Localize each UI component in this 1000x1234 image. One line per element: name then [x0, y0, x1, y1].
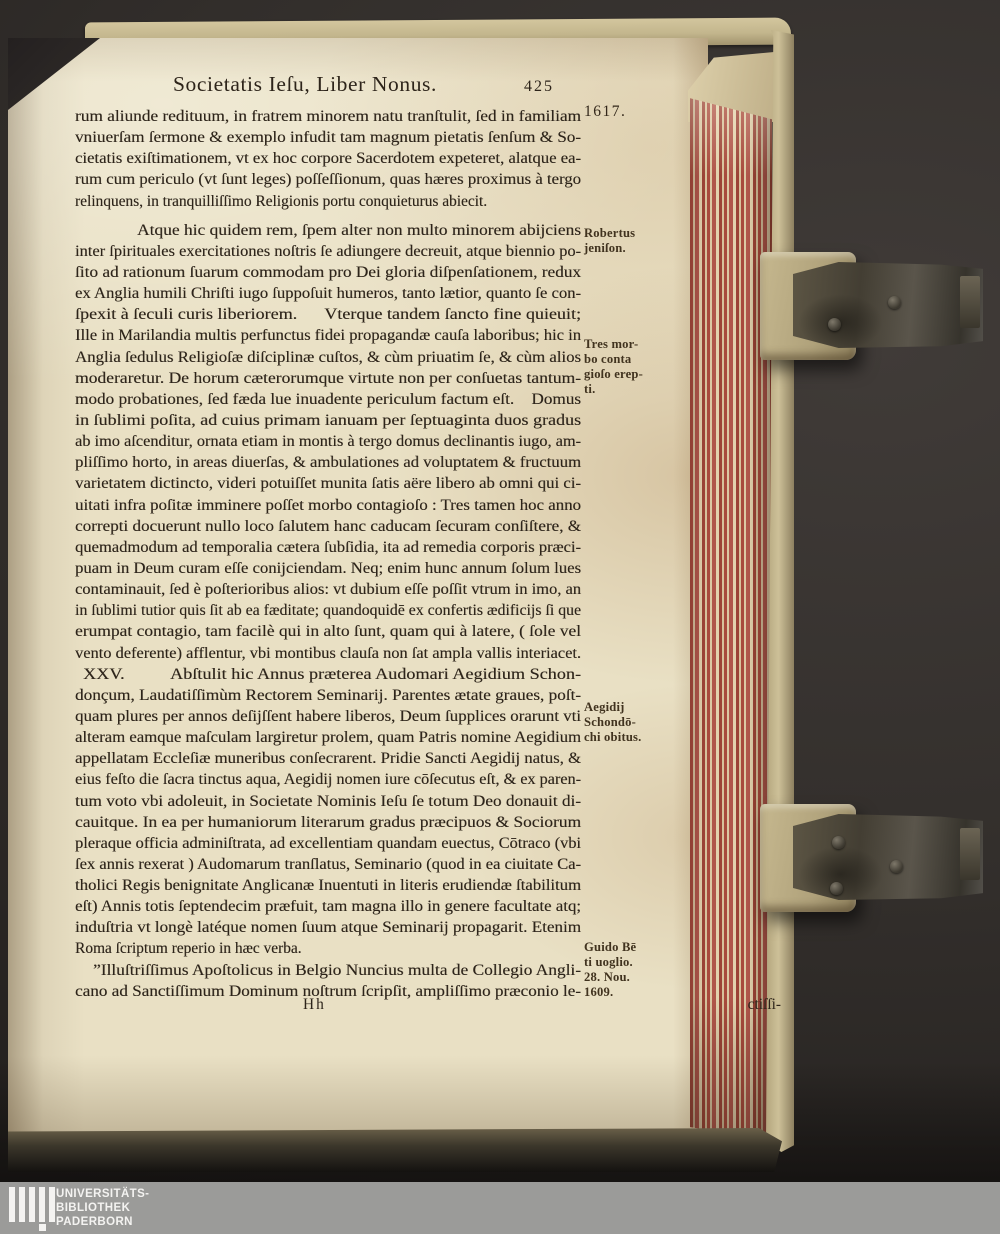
text-line: eſt) Annis totis ſeptendecim præfuit, ta… [75, 896, 581, 917]
text-line: rum aliunde redituum, in fratrem minorem… [75, 106, 581, 127]
text-line: ſpexit à ſeculi curis liberiorem. Vterqu… [75, 304, 581, 325]
text-line: XXV. Abſtulit hic Annus præterea Audomar… [75, 664, 581, 685]
text-line: alteram eamque maſculam largiretur prole… [75, 727, 581, 748]
text-line: cauitque. In ea per humaniorum literarum… [75, 812, 581, 833]
page-content: Societatis Ieſu, Liber Nonus. 425 rum al… [0, 0, 1000, 1234]
signature-line: Hh ctiſſi- [75, 994, 809, 1016]
text-line: quam plures per annos deſijſſent habere … [75, 706, 581, 727]
paragraph: rum aliunde redituum, in fratrem minorem… [75, 106, 581, 212]
logo-bar [39, 1187, 45, 1222]
logo-bar [19, 1187, 25, 1222]
text-line: correpti docuerunt nullo loco ſalutem ha… [75, 516, 581, 537]
logo-bar [9, 1187, 15, 1222]
text-line: ab imo aſcenditur, ornata etiam in monti… [75, 431, 581, 452]
text-line: inter ſpirituales exercitationes noſtris… [75, 241, 581, 262]
logo-bar [29, 1187, 35, 1222]
text-line: appellatam Eccleſiæ muneribus conſecrare… [75, 748, 581, 769]
running-head-title: Societatis Ieſu, Liber Nonus. [75, 72, 535, 97]
text-line: puam in Deum curam eſſe conijciendam. Ne… [75, 558, 581, 579]
library-name: UNIVERSITÄTS- BIBLIOTHEK PADERBORN [56, 1187, 149, 1229]
text-line: erumpat contagio, tam facilè qui in alto… [75, 621, 581, 642]
margin-year: 1617. [584, 104, 626, 119]
margin-note: Tres mor-bo contagioſo erep-ti. [584, 337, 643, 397]
text-line: pliſſimo horto, in areas diuerſas, & amb… [75, 452, 581, 473]
text-line: relinquens, in tranquilliſſimo Religioni… [75, 191, 581, 212]
margin-note: Robertusjeniſon. [584, 226, 635, 256]
text-line: cietatis exiſtimationem, vt ex hoc corpo… [75, 148, 581, 169]
text-line: ex Anglia humili Chriſti iugo ſuppoſuit … [75, 283, 581, 304]
text-line: ſito ad rationum ſuarum commodam pro Dei… [75, 262, 581, 283]
text-line: uitati infra poſitæ imminere poſſet morb… [75, 495, 581, 516]
text-line: tum voto vbi adoleuit, in Societate Nomi… [75, 791, 581, 812]
text-line: varietatem dictincto, videri potuiſſet m… [75, 473, 581, 494]
library-name-line: BIBLIOTHEK [56, 1201, 149, 1215]
text-line: ſex annis rexerat ) Audomarum tranſlatus… [75, 854, 581, 875]
paragraph: XXV. Abſtulit hic Annus præterea Audomar… [75, 664, 581, 960]
body-text-block: rum aliunde redituum, in fratrem minorem… [75, 106, 581, 1002]
paragraph: Atque hic quidem rem, ſpem alter non mul… [75, 220, 581, 664]
logo-bar [49, 1187, 55, 1222]
text-line: moderaretur. De horum cæterorumque virtu… [75, 368, 581, 389]
library-name-line: UNIVERSITÄTS- [56, 1187, 149, 1201]
text-line: Anglia ſedulus Religioſæ diſciplinæ cuſt… [75, 347, 581, 368]
text-line: modo probationes, ſed fæda lue inuadente… [75, 389, 581, 410]
page-number: 425 [524, 78, 554, 96]
footer-banner: UNIVERSITÄTS- BIBLIOTHEK PADERBORN [0, 1182, 1000, 1234]
text-line: in ſublimi poſita, ad cuius primam ianua… [75, 410, 581, 431]
text-line: pleraque officia adminiſtrata, ad excell… [75, 833, 581, 854]
text-line: quemadmodum ad temporalia cætera ſubſidi… [75, 537, 581, 558]
logo-dot [39, 1224, 46, 1231]
signature-mark: Hh [303, 994, 326, 1016]
text-line: in ſublimi tutior quis ſit ab ea fæditat… [75, 600, 581, 621]
library-name-line: PADERBORN [56, 1215, 149, 1229]
text-line: ”Illuſtriſſimus Apoſtolicus in Belgio Nu… [75, 960, 581, 981]
text-line: contaminauit, ſed è poſterioribus alios:… [75, 579, 581, 600]
text-line: vniuerſam ſermone & exemplo infudit tam … [75, 127, 581, 148]
text-line: Ille in Marilandia multis perfunctus fid… [75, 325, 581, 346]
library-logo [9, 1187, 55, 1229]
book-scan: Societatis Ieſu, Liber Nonus. 425 rum al… [0, 0, 1000, 1234]
text-line: Roma ſcriptum reperio in hæc verba. [75, 938, 581, 959]
margin-note: AegidijSchondō-chi obitus. [584, 700, 642, 745]
text-line: Atque hic quidem rem, ſpem alter non mul… [75, 220, 581, 241]
text-line: induſtria vt longè latéque nomen ſuum at… [75, 917, 581, 938]
text-line: eius feſto die ſacra tinctus aqua, Aegid… [75, 769, 581, 790]
margin-note: Guido Bēti uoglio.28. Nou.1609. [584, 940, 636, 1000]
text-line: tholici Regis benignitate Anglicanæ Inue… [75, 875, 581, 896]
text-line: rum cum periculo (vt ſunt leges) poſſeſſ… [75, 169, 581, 190]
catchword: ctiſſi- [748, 994, 809, 1016]
text-line: donçum, Laudatiſſimùm Rectorem Seminarij… [75, 685, 581, 706]
text-line: vento deferente) afflentur, vbi montibus… [75, 643, 581, 664]
